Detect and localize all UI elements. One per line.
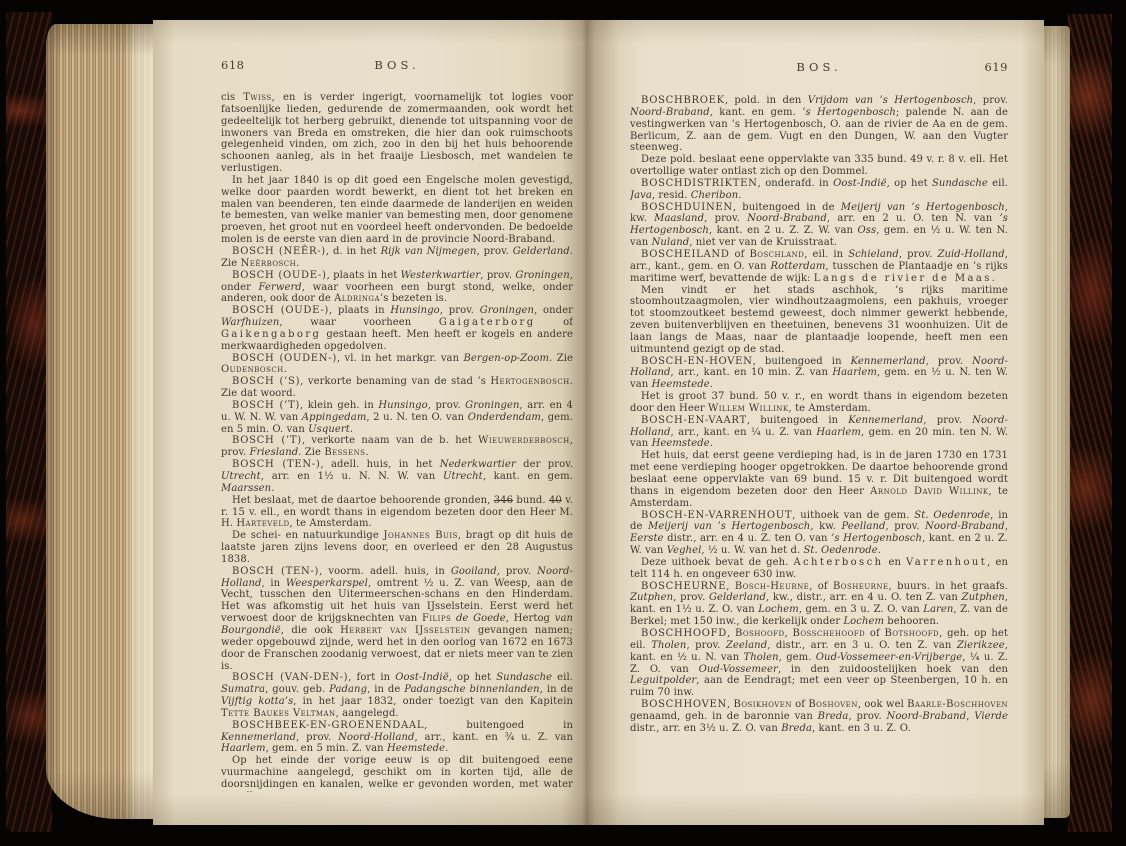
text-run: of: [730, 249, 750, 260]
text-run: , prov.: [899, 249, 938, 260]
text-run: ’s Hertogenbosch: [802, 107, 896, 118]
paragraph: BOSCH (’S), verkorte benaming van de sta…: [221, 376, 573, 400]
text-run: Bosch-Heurne: [735, 581, 809, 592]
text-run: Oud-Vossemeer-en-Vrijberge: [816, 652, 962, 663]
paragraph: cis Twiss, en is verder ingerigt, voorna…: [221, 92, 573, 175]
text-run: behooren.: [884, 616, 939, 627]
text-run: Bosikhoven: [734, 699, 792, 710]
paragraph: Het beslaat, met de daartoe behoorende g…: [221, 495, 573, 531]
text-run: Noord-Braband: [925, 521, 1005, 532]
running-title-right: BOS.: [682, 60, 956, 74]
right-page-header: BOS. 619: [630, 60, 1008, 74]
text-run: . Zie: [549, 353, 573, 364]
text-run: , in de: [540, 684, 573, 695]
text-run: , in de: [367, 684, 404, 695]
paragraph: BOSCHHOVEN, Bosikhoven of Boshoven, ook …: [630, 699, 1008, 735]
text-run: of: [865, 628, 884, 639]
text-run: Filips: [422, 613, 451, 624]
text-run: Tholen: [651, 640, 686, 651]
paragraph: BOSCH (TEN-), voorm. adell. huis, in Goo…: [221, 566, 573, 673]
text-run: Gooiland: [451, 566, 497, 577]
text-run: .: [710, 379, 713, 390]
text-run: Westerkwartier: [401, 270, 481, 281]
text-run: Baarle-Boschhoven: [907, 699, 1008, 710]
text-run: , te Amsterdam.: [789, 403, 871, 414]
paragraph: BOSCH (OUDE-), plaats in het Westerkwart…: [221, 270, 573, 306]
paragraph: De schei- en natuurkundige Johannes Buis…: [221, 530, 573, 566]
paragraph: BOSCHHOOFD, Boshoofd, Bosschehoofd of Bo…: [630, 628, 1008, 699]
text-run: , te Amsterdam.: [290, 518, 372, 529]
text-run: , verkorte naam van de b. het: [302, 435, 478, 446]
text-run: BOSCHEURNE: [641, 581, 726, 592]
text-run: Zeeland: [726, 640, 767, 651]
text-run: , prov.: [686, 640, 725, 651]
text-run: Kennemerland: [851, 356, 926, 367]
text-run: , verkorte benaming van de stad ’s: [300, 376, 490, 387]
paragraph: BOSCHEURNE, Bosch-Heurne, of Bosheurne, …: [630, 581, 1008, 628]
paragraph: BOSCHDISTRIKTEN, onderafd. in Oost-Indië…: [630, 178, 1008, 202]
text-run: Friesland: [250, 447, 299, 458]
text-run: , voorm. adell. huis, in: [319, 566, 451, 577]
text-run: BOSCH (VAN-DEN-): [232, 672, 348, 683]
text-run: Boshoven: [808, 699, 858, 710]
right-page-text: BOSCHBROEK, pold. in den Vrijdom van ’s …: [630, 95, 1008, 795]
text-run: , Hertog: [506, 613, 555, 624]
text-run: , arr. en 2 u. O. ten N. van: [827, 213, 1000, 224]
text-run: Maasland: [654, 213, 704, 224]
text-run: BOSCH (’S): [232, 376, 300, 387]
text-run: , prov.: [428, 400, 465, 411]
text-run: ,: [1005, 521, 1008, 532]
text-run: Achterbosch: [793, 557, 883, 568]
text-run: Op het einde der vorige eeuw is op dit b…: [221, 755, 573, 792]
text-run: Willem Willink: [708, 403, 789, 414]
paragraph: Deze uithoek bevat de geh. Achterbosch e…: [630, 557, 1008, 581]
text-run: Deze pold. beslaat eene oppervlakte van …: [630, 154, 1008, 177]
text-run: Oss: [857, 225, 876, 236]
text-run: Bessens: [324, 447, 365, 458]
paragraph: BOSCHBROEK, pold. in den Vrijdom van ’s …: [630, 95, 1008, 154]
text-run: Zierikzee: [957, 640, 1005, 651]
text-run: , arr., kant. en 10 min. Z. van: [671, 367, 833, 378]
text-run: Oost-Indië: [833, 178, 886, 189]
paragraph: In het jaar 1840 is op dit goed een Enge…: [221, 175, 573, 246]
text-run: BOSCH (OUDE-): [232, 270, 327, 281]
paragraph: Het huis, dat eerst geene verdieping had…: [630, 450, 1008, 509]
text-run: , buurs. in het graafs.: [889, 581, 1008, 592]
text-run: cis: [221, 92, 243, 103]
text-run: , in: [262, 578, 286, 589]
text-run: Gaigaterborg: [439, 317, 536, 328]
text-run: , kant. en 3 u. Z. O.: [812, 723, 911, 734]
text-run: .: [738, 190, 741, 201]
text-run: , prov.: [973, 95, 1008, 106]
text-run: , gem. en 5 min. Z. van: [266, 743, 387, 754]
text-run: , pold. in den: [725, 95, 808, 106]
text-run: , ook wel: [858, 699, 907, 710]
text-run: Botshoofd: [884, 628, 939, 639]
text-run: Oost-Indië: [395, 672, 448, 683]
text-run: BOSCHHOVEN: [641, 699, 727, 710]
text-run: , prov.: [296, 732, 338, 743]
text-run: Aldringa: [334, 293, 380, 304]
text-run: Appingedam: [302, 412, 367, 423]
text-run: , gouv. geb.: [265, 684, 329, 695]
text-run: , prov.: [926, 356, 973, 367]
text-run: , of: [809, 581, 833, 592]
text-run: , prov.: [440, 305, 480, 316]
text-run: , aangelegd.: [336, 708, 399, 719]
paragraph: BOSCH (TEN-), adell. huis, in het Nederk…: [221, 459, 573, 495]
text-run: , fort in: [348, 672, 395, 683]
text-run: , distr., arr. en 3 u. O. ten Z. van: [767, 640, 957, 651]
paragraph: BOSCH (’T), klein geh. in Hunsingo, prov…: [221, 400, 573, 436]
text-run: , plaats in: [329, 305, 390, 316]
text-run: Warfhuizen: [221, 317, 279, 328]
text-run: Java: [630, 190, 652, 201]
text-run: .: [710, 438, 713, 449]
text-run: BOSCH (TEN-): [232, 459, 320, 470]
text-run: Haarlem: [816, 427, 861, 438]
text-run: , gem. en 3 u. Z. O. van: [799, 604, 923, 615]
text-run: , en is verder ingerigt, voornamelijk to…: [221, 92, 573, 174]
text-run: , buitengoed in: [747, 415, 848, 426]
paragraph: BOSCH-EN-HOVEN, buitengoed in Kennemerla…: [630, 356, 1008, 392]
text-run: Oudenbosch: [221, 364, 284, 375]
text-run: Vijftig kotta’s: [221, 696, 293, 707]
text-run: De schei- en natuurkundige: [232, 530, 384, 541]
page-fore-edge-left: [46, 24, 153, 819]
text-run: BOSCHDUINEN: [641, 202, 733, 213]
text-run: , prov.: [848, 711, 886, 722]
text-run: Hunsingo: [390, 305, 439, 316]
text-run: en: [883, 557, 906, 568]
text-run: Het beslaat, met de daartoe behoorende g…: [232, 495, 494, 506]
text-run: Sundasche: [932, 178, 988, 189]
text-run: Eerste: [630, 533, 664, 544]
text-run: Deze uithoek bevat de geh.: [641, 557, 793, 568]
text-run: , kant. en gem.: [710, 107, 803, 118]
text-run: Noord-Braband: [630, 107, 710, 118]
text-run: Peelland: [842, 521, 886, 532]
text-run: BOSCH-EN-VAART: [641, 415, 747, 426]
text-run: Gelderland: [709, 592, 766, 603]
text-run: BOSCH-EN-HOVEN: [641, 356, 753, 367]
text-run: , die ook: [281, 625, 340, 636]
text-run: , eil. in: [804, 249, 848, 260]
text-run: Johannes Buis: [384, 530, 458, 541]
text-run: , op het: [887, 178, 932, 189]
text-run: Nuland: [652, 237, 690, 248]
text-run: Lochem: [843, 616, 884, 627]
text-run: Vierde: [974, 711, 1008, 722]
text-run: , niet ver van de Kruisstraat.: [689, 237, 837, 248]
paragraph: BOSCHBEEK-EN-GROENENDAAL, buitengoed in …: [221, 720, 573, 756]
text-run: BOSCH (’T): [232, 400, 300, 411]
text-run: , klein geh. in: [300, 400, 378, 411]
text-run: , kant. en 2 u. Z. Z. W. van: [709, 225, 858, 236]
text-run: , in het jaar 1832, onder toezigt van de…: [293, 696, 573, 707]
text-run: ,: [966, 711, 974, 722]
paragraph: BOSCH (’T), verkorte naam van de b. het …: [221, 435, 573, 459]
text-run: Laren: [923, 604, 953, 615]
text-run: Heemstede: [652, 379, 710, 390]
text-run: Breda: [818, 711, 849, 722]
text-run: Ferwerd: [258, 282, 301, 293]
text-run: Utrecht: [221, 471, 261, 482]
text-run: Maarssen: [221, 483, 271, 494]
text-run: .: [284, 364, 287, 375]
text-run: de Goede: [456, 613, 506, 624]
text-run: Wieuwerderbosch: [478, 435, 570, 446]
text-run: Noord-Braband: [747, 213, 827, 224]
text-run: , vl. in het markgr. van: [337, 353, 464, 364]
text-run: ,: [727, 628, 735, 639]
text-run: , buitengoed in de: [733, 202, 841, 213]
text-run: , prov.: [480, 270, 515, 281]
text-run: Bergen-op-Zoom: [463, 353, 549, 364]
text-run: , arr., kant. en ¼ u. Z. van: [671, 427, 817, 438]
running-title-left: BOS.: [273, 58, 521, 72]
text-run: Weesperkarspel: [286, 578, 368, 589]
text-run: ’s bezeten is.: [380, 293, 447, 304]
text-run: Sumatra: [221, 684, 265, 695]
text-run: 40: [549, 495, 562, 506]
text-run: .: [350, 424, 353, 435]
text-run: , onder: [534, 305, 573, 316]
text-run: , prov.: [477, 246, 513, 257]
text-run: BOSCHBROEK: [641, 95, 725, 106]
paragraph: BOSCH (NEÊR-), d. in het Rijk van Nijmeg…: [221, 246, 573, 270]
text-run: , kw., distr., arr. en 4 u. O. ten Z. va…: [766, 592, 962, 603]
text-run: distr., arr. en 4 u. Z. ten O. van: [664, 533, 832, 544]
text-run: St. Oedenrode: [804, 545, 878, 556]
text-run: , prov.: [673, 592, 709, 603]
text-run: Nederkwartier: [440, 459, 516, 470]
text-run: eil.: [552, 672, 573, 683]
text-run: , resid.: [652, 190, 691, 201]
paragraph: Deze pold. beslaat eene oppervlakte van …: [630, 154, 1008, 178]
text-run: , 2 u. N. ten O. van: [366, 412, 467, 423]
text-run: Utrecht: [443, 471, 483, 482]
text-run: .: [445, 743, 448, 754]
text-run: eil.: [988, 178, 1008, 189]
text-run: Langs de rivier de Maas: [814, 273, 992, 284]
paragraph: BOSCH (VAN-DEN-), fort in Oost-Indië, op…: [221, 672, 573, 719]
text-run: Vrijdom van ’s Hertogenbosch: [808, 95, 973, 106]
text-run: Rijk van Nijmegen: [381, 246, 477, 257]
text-run: Sundasche: [496, 672, 552, 683]
text-run: Neêrbosch: [241, 258, 297, 269]
page-fore-edge-right: [1044, 26, 1070, 818]
text-run: ,: [785, 628, 793, 639]
paragraph: BOSCHDUINEN, buitengoed in de Meijerij v…: [630, 202, 1008, 249]
text-run: Arnold David Willink: [870, 486, 988, 497]
page-number-right: 619: [956, 60, 1008, 74]
text-run: BOSCHHOOFD: [641, 628, 727, 639]
text-run: Schieland: [848, 249, 899, 260]
text-run: Hunsingo: [378, 400, 427, 411]
text-run: Bosschehoofd: [793, 628, 866, 639]
text-run: Hertogenbosch: [490, 376, 569, 387]
text-run: Men vindt er het stads aschhok, ’s rijks…: [630, 285, 1008, 355]
text-run: BOSCH (TEN-): [232, 566, 319, 577]
text-run: ’s Hertogenbosch: [831, 533, 922, 544]
paragraph: Het is groot 37 bund. 50 v. r., en wordt…: [630, 391, 1008, 415]
text-run: BOSCHDISTRIKTEN: [641, 178, 758, 189]
text-run: BOSCHBEEK-EN-GROENENDAAL: [232, 720, 424, 731]
text-run: Meijerij van ’s Hertogenbosch: [648, 521, 810, 532]
text-run: ,: [726, 581, 735, 592]
text-run: . Zie: [298, 447, 324, 458]
text-run: , prov.: [885, 521, 925, 532]
text-run: Tette Baukes Veltman: [221, 708, 336, 719]
text-run: Noord-Braband: [887, 711, 967, 722]
text-run: Haarlem: [832, 367, 877, 378]
text-run: Zutphen: [630, 592, 673, 603]
text-run: distr., arr. en 3½ u. Z. O. van: [630, 723, 781, 734]
text-run: BOSCH (OUDE-): [232, 305, 329, 316]
text-run: Zutphen: [962, 592, 1005, 603]
text-run: , kant. en gem.: [483, 471, 573, 482]
text-run: In het jaar 1840 is op dit goed een Enge…: [221, 175, 573, 245]
text-run: , waar voorheen: [279, 317, 439, 328]
text-run: , adell. huis, in het: [320, 459, 439, 470]
text-run: , prov.: [704, 213, 747, 224]
text-run: Zuid-Holland: [937, 249, 1004, 260]
text-run: BOSCH (NEÊR-): [232, 246, 326, 257]
paragraph: BOSCH-EN-VAART, buitengoed in Kennemerla…: [630, 415, 1008, 451]
text-run: BOSCH-EN-VARRENHOUT: [641, 510, 792, 521]
text-run: Usquert: [308, 424, 350, 435]
text-run: Rotterdam: [771, 261, 826, 272]
text-run: Groningen: [515, 270, 569, 281]
paragraph: BOSCH (OUDEN-), vl. in het markgr. van B…: [221, 353, 573, 377]
text-run: of: [536, 317, 573, 328]
paragraph: Men vindt er het stads aschhok, ’s rijks…: [630, 285, 1008, 356]
text-run: Boshoofd: [735, 628, 785, 639]
text-run: Gaikengaborg: [221, 329, 321, 340]
text-run: , kw.: [810, 521, 841, 532]
text-run: , in den zuidoostelijken hoek van den: [778, 664, 1008, 675]
text-run: Padangsche binnenlanden: [404, 684, 539, 695]
text-run: Noord-Holland: [338, 732, 414, 743]
text-run: Gelderland: [513, 246, 570, 257]
text-run: .: [296, 258, 299, 269]
text-run: .: [878, 545, 881, 556]
paragraph: BOSCH-EN-VARRENHOUT, uithoek van de gem.…: [630, 510, 1008, 557]
paragraph: BOSCH (OUDE-), plaats in Hunsingo, prov.…: [221, 305, 573, 352]
text-run: BOSCH (’T): [232, 435, 302, 446]
text-run: .: [365, 447, 368, 458]
text-run: 346: [494, 495, 513, 506]
text-run: Bosheurne: [833, 581, 889, 592]
text-run: , gem.: [779, 652, 816, 663]
text-run: Meijerij van ’s Hertogenbosch: [841, 202, 1005, 213]
text-run: , buitengoed in: [753, 356, 851, 367]
text-run: Kennemerland: [848, 415, 923, 426]
book-photo: 618 BOS. BOS. 619 cis Twiss, en is verde…: [0, 0, 1126, 846]
text-run: , arr., kant. en ¾ u. Z. van: [415, 732, 574, 743]
text-run: , onderafd. in: [758, 178, 834, 189]
text-run: Tholen: [744, 652, 779, 663]
text-run: of: [792, 699, 808, 710]
text-run: Herbert van IJsselstein: [340, 625, 470, 636]
text-run: BOSCH (OUDEN-): [232, 353, 337, 364]
text-run: , prov.: [497, 566, 537, 577]
paragraph: BOSCHEILAND of Boschland, eil. in Schiel…: [630, 249, 1008, 285]
text-run: Heemstede: [652, 438, 710, 449]
text-run: , d. in het: [326, 246, 381, 257]
text-run: Onderdendam: [468, 412, 541, 423]
text-run: BOSCHEILAND: [641, 249, 730, 260]
text-run: bund.: [513, 495, 549, 506]
left-page-header: 618 BOS.: [221, 58, 573, 72]
text-run: , plaats in het: [327, 270, 401, 281]
text-run: Haarlem: [221, 743, 266, 754]
text-run: Leguitpolder: [630, 675, 696, 686]
text-run: Breda: [781, 723, 812, 734]
text-run: Veghel: [667, 545, 702, 556]
page-number-left: 618: [221, 58, 273, 72]
book-cover-right: [1068, 14, 1112, 832]
text-run: Heemstede: [387, 743, 445, 754]
text-run: Harteveld: [236, 518, 289, 529]
text-run: , arr. en 1½ u. N. N. W. van: [261, 471, 443, 482]
text-run: , uithoek van de gem.: [792, 510, 914, 521]
text-run: , prov.: [923, 415, 972, 426]
text-run: Padang: [329, 684, 367, 695]
paragraph: Op het einde der vorige eeuw is op dit b…: [221, 755, 573, 792]
text-run: Twiss: [243, 92, 271, 103]
text-run: Varrenhout: [906, 557, 987, 568]
text-run: Boschland: [749, 249, 804, 260]
text-run: St. Oedenrode: [914, 510, 990, 521]
left-page-text: cis Twiss, en is verder ingerigt, voorna…: [221, 92, 573, 792]
text-run: , op het: [449, 672, 497, 683]
text-run: Oud-Vossemeer: [699, 664, 778, 675]
text-run: , ½ u. W. van het d.: [701, 545, 803, 556]
text-run: .: [271, 483, 274, 494]
text-run: Kennemerland: [221, 732, 296, 743]
text-run: Lochem: [758, 604, 799, 615]
text-run: Cheribon: [691, 190, 739, 201]
text-run: Groningen: [465, 400, 519, 411]
text-run: der prov.: [516, 459, 573, 470]
text-run: .: [992, 273, 995, 284]
text-run: Groningen: [480, 305, 534, 316]
text-run: genaamd, geh. in de baronnie van: [630, 711, 818, 722]
text-run: , buitengoed in: [424, 720, 573, 731]
